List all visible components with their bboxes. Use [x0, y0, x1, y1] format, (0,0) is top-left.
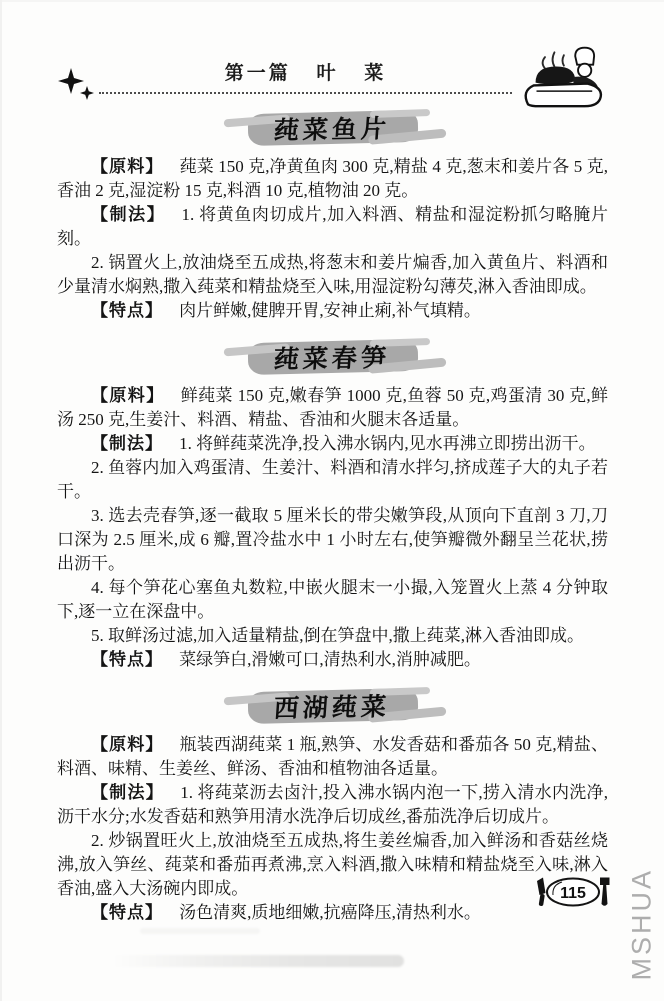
knife-icon	[537, 878, 546, 907]
recipe-title: 西湖莼菜	[273, 687, 392, 725]
section-text: 菜绿笋白,滑嫩可口,清热利水,消肿减肥。	[179, 650, 481, 669]
recipe-paragraph: 5. 取鲜汤过滤,加入适量精盐,倒在笋盘中,撒上莼菜,淋入香油即成。	[57, 624, 608, 648]
recipe-paragraph: 3. 选去壳春笋,逐一截取 5 厘米长的带尖嫩笋段,从顶向下直剖 3 刀,刀口深…	[57, 504, 608, 576]
section-label: 【原料】	[91, 157, 163, 176]
recipe-paragraph: 【原料】瓶装西湖莼菜 1 瓶,熟笋、水发香菇和番茄各 50 克,精盐、料酒、味精…	[57, 733, 608, 781]
recipe-title: 莼菜鱼片	[273, 109, 392, 147]
recipe-title-banner: 莼菜鱼片	[238, 109, 428, 147]
section-label: 【制法】	[91, 205, 165, 224]
section-text: 1. 将鲜莼菜洗净,投入沸水锅内,见水再沸立即捞出沥干。	[179, 434, 596, 453]
section-text: 5. 取鲜汤过滤,加入适量精盐,倒在笋盘中,撒上莼菜,淋入香油即成。	[91, 626, 584, 645]
section-text: 3. 选去壳春笋,逐一截取 5 厘米长的带尖嫩笋段,从顶向下直剖 3 刀,刀口深…	[57, 506, 608, 573]
recipe-paragraph: 4. 每个笋花心塞鱼丸数粒,中嵌火腿末一小撮,入笼置火上蒸 4 分钟取下,逐一立…	[57, 576, 608, 624]
section-label: 【原料】	[91, 735, 164, 754]
section-label: 【特点】	[91, 903, 163, 922]
section-label: 【特点】	[91, 650, 163, 669]
recipe-title: 莼菜春笋	[273, 338, 392, 376]
sparkle-icon	[57, 67, 97, 101]
section-text: 4. 每个笋花心塞鱼丸数粒,中嵌火腿末一小撮,入笼置火上蒸 4 分钟取下,逐一立…	[57, 578, 608, 621]
section-text: 肉片鲜嫩,健脾开胃,安神止痢,补气填精。	[179, 301, 481, 320]
recipe-paragraph: 【制法】1. 将鲜莼菜洗净,投入沸水锅内,见水再沸立即捞出沥干。	[57, 432, 608, 456]
recipe-title-banner: 莼菜春笋	[238, 338, 428, 376]
section-text: 汤色清爽,质地细嫩,抗癌降压,清热利水。	[179, 903, 481, 922]
recipe-paragraph: 【制法】1. 将莼菜沥去卤汁,投入沸水锅内泡一下,捞入清水内洗净,沥干水分;水发…	[57, 781, 608, 829]
recipe-paragraph: 【特点】菜绿笋白,滑嫩可口,清热利水,消肿减肥。	[57, 648, 608, 672]
chapter-title: 第一篇 叶 菜	[225, 58, 387, 92]
fork-icon	[600, 878, 610, 906]
cookbook-page: 第一篇 叶 菜 莼菜鱼片 【原料】莼菜 150 克,净黄鱼肉 300 克,精盐 …	[0, 0, 664, 1001]
recipe-paragraph: 【特点】肉片鲜嫩,健脾开胃,安神止痢,补气填精。	[57, 299, 608, 323]
scan-artifact	[112, 955, 404, 967]
recipe-paragraph: 【制法】1. 将黄鱼肉切成片,加入料酒、精盐和湿淀粉抓匀略腌片刻。	[57, 203, 608, 251]
section-label: 【原料】	[91, 386, 165, 405]
page-content: 第一篇 叶 菜 莼菜鱼片 【原料】莼菜 150 克,净黄鱼肉 300 克,精盐 …	[0, 0, 664, 925]
page-number: 115	[560, 885, 586, 902]
recipe-paragraph: 2. 炒锅置旺火上,放油烧至五成热,将生姜丝煸香,加入鲜汤和香菇丝烧沸,放入笋丝…	[57, 829, 608, 901]
recipe-paragraph: 2. 鱼蓉内加入鸡蛋清、生姜汁、料酒和清水拌匀,挤成莲子大的丸子若干。	[57, 456, 608, 504]
section-label: 【制法】	[91, 434, 163, 453]
section-text: 2. 锅置火上,放油烧至五成热,将葱末和姜片煸香,加入黄鱼片、料酒和少量清水焖熟…	[57, 253, 608, 296]
recipe-paragraph: 【原料】鲜莼菜 150 克,嫩春笋 1000 克,鱼蓉 50 克,鸡蛋清 30 …	[57, 384, 608, 432]
recipe-paragraph: 【原料】莼菜 150 克,净黄鱼肉 300 克,精盐 4 克,葱末和姜片各 5 …	[57, 155, 608, 203]
watermark-text: MSHUA	[626, 868, 658, 981]
section-text: 2. 鱼蓉内加入鸡蛋清、生姜汁、料酒和清水拌匀,挤成莲子大的丸子若干。	[57, 458, 608, 501]
recipe-paragraph: 【特点】汤色清爽,质地细嫩,抗癌降压,清热利水。	[57, 901, 608, 925]
section-label: 【制法】	[91, 783, 164, 802]
section-text: 2. 炒锅置旺火上,放油烧至五成热,将生姜丝煸香,加入鲜汤和香菇丝烧沸,放入笋丝…	[57, 831, 608, 898]
chef-dish-illustration	[516, 42, 608, 110]
recipe-title-banner: 西湖莼菜	[238, 687, 428, 725]
section-label: 【特点】	[91, 301, 163, 320]
chapter-header: 第一篇 叶 菜	[57, 46, 608, 94]
header-dotted-rule: 第一篇 叶 菜	[99, 44, 512, 94]
page-number-marker: 115	[528, 872, 614, 917]
scan-artifact	[140, 928, 260, 934]
recipe-paragraph: 2. 锅置火上,放油烧至五成热,将葱末和姜片煸香,加入黄鱼片、料酒和少量清水焖熟…	[57, 251, 608, 299]
